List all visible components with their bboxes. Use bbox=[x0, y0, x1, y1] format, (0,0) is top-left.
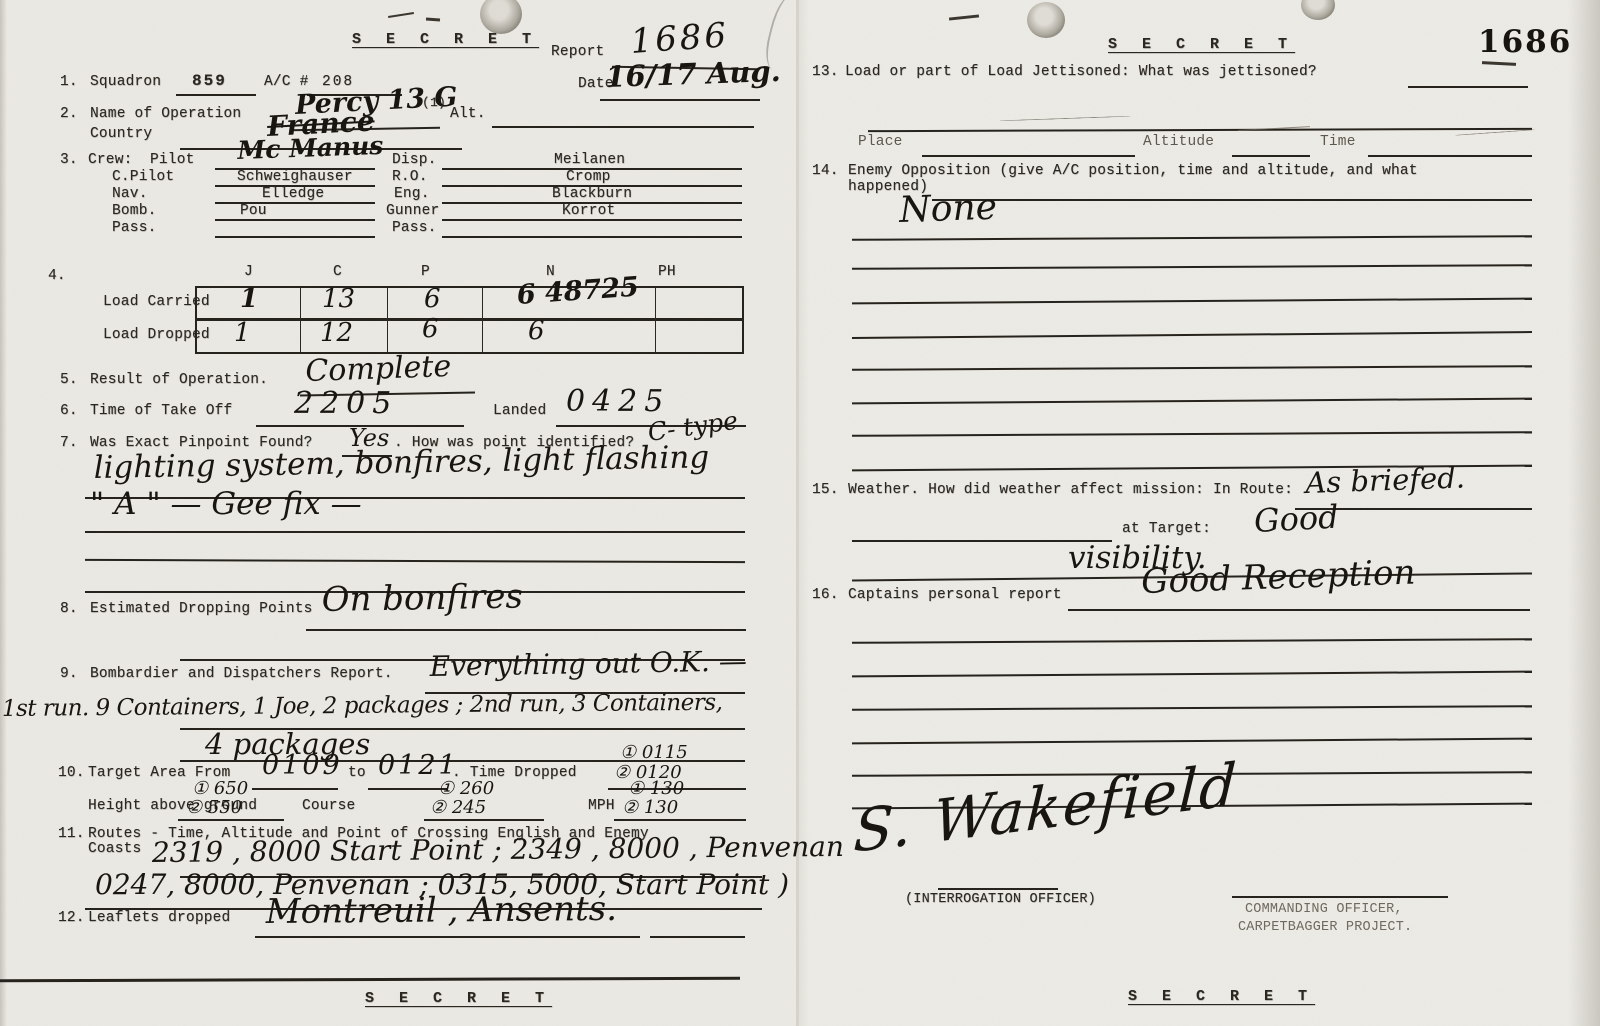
takeoff-time-handwritten: 2205 bbox=[294, 386, 398, 421]
weather-target-handwritten: Good bbox=[1253, 498, 1339, 540]
load-table bbox=[195, 286, 744, 354]
s13-number: 13. bbox=[812, 64, 839, 80]
crew-role: Eng. bbox=[394, 186, 430, 202]
rule-line bbox=[938, 888, 1058, 890]
result-value-handwritten: Complete bbox=[305, 349, 452, 389]
hole-punch bbox=[480, 0, 522, 34]
rule-line bbox=[614, 819, 746, 821]
at-target-label: at Target: bbox=[1122, 521, 1211, 537]
rule-line bbox=[255, 936, 640, 938]
table-column-divider bbox=[387, 288, 388, 352]
target-to-label: to bbox=[348, 765, 366, 781]
ink-smudge bbox=[388, 12, 414, 18]
s7-number: 7. bbox=[60, 435, 78, 451]
rule-line bbox=[600, 99, 760, 101]
s5-label: Result of Operation. bbox=[90, 372, 268, 388]
scanned-report-spread: S E C R E T Report 1686 Date 16/17 Aug. … bbox=[0, 0, 1600, 1026]
s12-number: 12. bbox=[58, 910, 85, 926]
mph-2-handwritten: ② 130 bbox=[622, 797, 678, 818]
ac-label: A/C # bbox=[264, 74, 309, 90]
s6-number: 6. bbox=[60, 403, 78, 419]
crew-name: Korrot bbox=[562, 203, 615, 219]
table-row-divider bbox=[197, 318, 742, 321]
rule-line bbox=[178, 819, 284, 821]
table-header: J bbox=[244, 264, 253, 280]
crew-role: C.Pilot bbox=[112, 169, 174, 185]
crew-role: Pass. bbox=[392, 220, 437, 236]
rule-line bbox=[1232, 155, 1310, 157]
rule-line bbox=[1232, 896, 1448, 898]
altitude-label: Altitude bbox=[1143, 134, 1214, 150]
secret-header-right: S E C R E T bbox=[1108, 36, 1295, 53]
crew-name: Pou bbox=[240, 203, 267, 219]
s11-number: 11. bbox=[58, 826, 85, 842]
s9-number: 9. bbox=[60, 666, 78, 682]
secret-header-left: S E C R E T bbox=[352, 31, 539, 48]
s1-number: 1. bbox=[60, 74, 78, 90]
table-cell-handwritten: 12 bbox=[320, 318, 353, 348]
target-from-handwritten: 0109 bbox=[262, 750, 343, 781]
rule-line bbox=[176, 94, 256, 96]
s9-label: Bombardier and Dispatchers Report. bbox=[90, 666, 393, 682]
rule-line bbox=[922, 155, 1135, 157]
signature-title: (INTERROGATION OFFICER) bbox=[905, 892, 1096, 907]
s2-label: Name of Operation bbox=[90, 106, 241, 122]
s13-label: Load or part of Load Jettisoned: What wa… bbox=[845, 64, 1317, 80]
table-header: P bbox=[421, 264, 430, 280]
s2-number: 2. bbox=[60, 106, 78, 122]
rule-line bbox=[442, 236, 742, 238]
crew-role: Pilot bbox=[150, 152, 195, 168]
s15-number: 15. bbox=[812, 482, 839, 498]
report-page-right bbox=[799, 0, 1600, 1026]
squadron-value: 859 bbox=[192, 72, 227, 90]
dropping-points-handwritten: On bonfires bbox=[321, 576, 523, 620]
report-number-handwritten: 1686 bbox=[629, 15, 730, 62]
s5-number: 5. bbox=[60, 372, 78, 388]
s3-label: Crew: bbox=[88, 152, 133, 168]
s14-number: 14. bbox=[812, 163, 839, 179]
alt-label: Alt. bbox=[450, 106, 486, 122]
crew-role: Pass. bbox=[112, 220, 157, 236]
rule-line bbox=[215, 236, 375, 238]
rule-line bbox=[215, 219, 375, 221]
rule-line bbox=[215, 202, 375, 204]
hole-punch bbox=[1027, 2, 1065, 38]
target-to-handwritten: 0121 bbox=[378, 750, 459, 781]
s4-number: 4. bbox=[48, 268, 66, 284]
table-header: C bbox=[333, 264, 342, 280]
rule-line bbox=[492, 126, 754, 128]
enemy-opposition-handwritten: None bbox=[899, 187, 998, 231]
table-column-divider bbox=[300, 288, 301, 352]
ink-smudge bbox=[949, 14, 979, 20]
s16-label: Captains personal report bbox=[848, 587, 1062, 603]
bombardier-report-handwritten: Everything out O.K. — bbox=[429, 644, 747, 683]
crew-name: Schweighauser bbox=[237, 169, 353, 185]
rule-line bbox=[1368, 155, 1532, 157]
s8-number: 8. bbox=[60, 601, 78, 617]
rule-line bbox=[368, 788, 448, 790]
rule-line bbox=[650, 936, 745, 938]
table-cell-handwritten: 6 bbox=[422, 314, 439, 344]
table-row-label: Load Carried bbox=[103, 294, 210, 310]
weather-route-handwritten: As briefed. bbox=[1305, 460, 1466, 500]
table-cell-handwritten: 1 bbox=[234, 318, 251, 348]
rule-line bbox=[424, 819, 544, 821]
country-label: Country bbox=[90, 126, 152, 142]
table-header: PH bbox=[658, 264, 676, 280]
s16-number: 16. bbox=[812, 587, 839, 603]
table-cell-handwritten: 6 bbox=[528, 316, 545, 346]
crew-role: R.O. bbox=[392, 169, 428, 185]
s14-label-line1: Enemy Opposition (give A/C position, tim… bbox=[848, 163, 1418, 179]
crew-name-pilot-handwritten: Mc Manus bbox=[237, 131, 384, 165]
height-1-handwritten: ① 650 bbox=[192, 778, 248, 799]
mph-label: MPH bbox=[588, 798, 615, 814]
s1-label: Squadron bbox=[90, 74, 161, 90]
table-column-divider bbox=[655, 288, 656, 352]
rule-line bbox=[252, 788, 338, 790]
landed-label: Landed bbox=[493, 403, 546, 419]
crew-role: Bomb. bbox=[112, 203, 157, 219]
crew-name: Blackburn bbox=[552, 186, 632, 202]
page-number-stamp: 1686 bbox=[1478, 24, 1572, 60]
rule-line bbox=[85, 531, 745, 533]
secret-footer-left: S E C R E T bbox=[365, 990, 552, 1007]
crew-role: Disp. bbox=[392, 152, 437, 168]
crew-name: Cromp bbox=[566, 169, 611, 185]
crew-name: Elledge bbox=[262, 186, 324, 202]
routes-line1-handwritten: 2319 , 8000 Start Point ; 2349 , 8000 , … bbox=[152, 830, 844, 869]
rule-line bbox=[932, 199, 1532, 201]
table-cell-handwritten: 13 bbox=[322, 284, 355, 314]
s11-label-line2: Coasts bbox=[88, 841, 141, 857]
report-label: Report bbox=[551, 44, 604, 60]
rule-line bbox=[442, 219, 742, 221]
landed-time-handwritten: 0425 bbox=[566, 384, 670, 419]
table-column-divider bbox=[482, 288, 483, 352]
course-label: Course bbox=[302, 798, 355, 814]
course-2-handwritten: ② 245 bbox=[430, 797, 486, 818]
footnote-mark: (1) bbox=[422, 95, 446, 110]
table-cell-handwritten: 6 bbox=[424, 284, 441, 314]
leaflets-value-handwritten: Montreuil , Ansents. bbox=[266, 889, 617, 932]
crew-role: Gunner bbox=[386, 203, 439, 219]
crew-name: Meilanen bbox=[554, 152, 625, 168]
hole-punch bbox=[1301, 0, 1335, 20]
s10-number: 10. bbox=[58, 765, 85, 781]
s6-label: Time of Take Off bbox=[90, 403, 232, 419]
s7-line2-handwritten: " A " — Gee fix — bbox=[90, 486, 362, 522]
approver-title-line1: COMMANDING OFFICER, bbox=[1245, 902, 1403, 917]
s15-label: Weather. How did weather affect mission:… bbox=[848, 482, 1293, 498]
ink-smudge bbox=[426, 18, 440, 22]
s3-number: 3. bbox=[60, 152, 78, 168]
time-dropped-1-handwritten: ① 0115 bbox=[620, 742, 688, 763]
s12-label: Leaflets dropped bbox=[88, 910, 230, 926]
rule-line bbox=[1068, 609, 1530, 611]
rule-line bbox=[1408, 86, 1528, 88]
date-value-handwritten: 16/17 Aug. bbox=[605, 54, 781, 94]
s8-label: Estimated Dropping Points bbox=[90, 601, 313, 617]
approver-title-line2: CARPETBAGGER PROJECT. bbox=[1238, 920, 1412, 935]
time-label: Time bbox=[1320, 134, 1356, 150]
course-1-handwritten: ① 260 bbox=[438, 778, 494, 799]
secret-footer-right: S E C R E T bbox=[1128, 988, 1315, 1005]
table-row-label: Load Dropped bbox=[103, 327, 210, 343]
table-cell-handwritten: 1 bbox=[240, 284, 258, 314]
crew-role: Nav. bbox=[112, 186, 148, 202]
rule-line bbox=[306, 629, 746, 631]
height-2-handwritten: ② 550 bbox=[186, 797, 242, 818]
place-label: Place bbox=[858, 134, 903, 150]
mph-1-handwritten: ① 130 bbox=[628, 778, 684, 799]
